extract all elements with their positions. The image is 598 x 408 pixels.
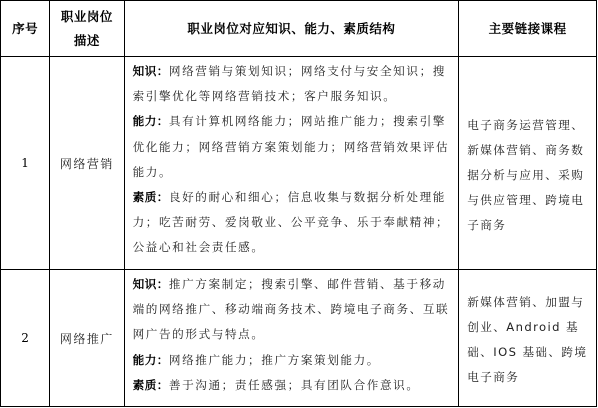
table-row: 2 网络推广 知识：推广方案制定；搜索引擎、邮件营销、基于移动端的网络推广、移动…	[1, 270, 597, 407]
knowledge-paragraph: 知识：网络营销与策划知识；网络支付与安全知识；搜索引擎优化等网络营销技术；客户服…	[133, 59, 453, 109]
ability-paragraph: 能力：网络推广能力；推广方案策划能力。	[133, 348, 453, 373]
header-position-description: 职业岗位 描述	[50, 1, 124, 57]
ability-label: 能力：	[133, 353, 169, 367]
ability-text: 具有计算机网络能力；网站推广能力；搜索引擎优化能力；网络营销方案策划能力；网络营…	[133, 114, 450, 178]
knowledge-paragraph: 知识：推广方案制定；搜索引擎、邮件营销、基于移动端的网络推广、移动端商务技术、跨…	[133, 272, 453, 348]
row-serial-number: 2	[1, 270, 50, 407]
row-position: 网络营销	[50, 57, 124, 270]
knowledge-label: 知识：	[133, 277, 169, 291]
quality-label: 素质：	[133, 378, 169, 392]
table-row: 1 网络营销 知识：网络营销与策划知识；网络支付与安全知识；搜索引擎优化等网络营…	[1, 57, 597, 270]
knowledge-text: 推广方案制定；搜索引擎、邮件营销、基于移动端的网络推广、移动端商务技术、跨境电子…	[133, 277, 450, 341]
row-position: 网络推广	[50, 270, 124, 407]
row-courses: 新媒体营销、加盟与创业、Android 基础、IOS 基础、跨境电子商务	[459, 270, 597, 407]
ability-paragraph: 能力：具有计算机网络能力；网站推广能力；搜索引擎优化能力；网络营销方案策划能力；…	[133, 109, 453, 185]
ability-label: 能力：	[133, 114, 169, 128]
row-serial-number: 1	[1, 57, 50, 270]
knowledge-label: 知识：	[133, 64, 169, 78]
header-desc-line1: 职业岗位	[50, 5, 123, 29]
table-header-row: 序号 职业岗位 描述 职业岗位对应知识、能力、素质结构 主要链接课程	[1, 1, 597, 57]
quality-label: 素质：	[133, 190, 169, 204]
quality-text: 善于沟通；责任感强；具有团队合作意识。	[169, 378, 420, 392]
quality-paragraph: 素质：良好的耐心和细心；信息收集与数据分析处理能力；吃苦耐劳、爱岗敬业、公平竞争…	[133, 185, 453, 261]
row-structure: 知识：网络营销与策划知识；网络支付与安全知识；搜索引擎优化等网络营销技术；客户服…	[124, 57, 459, 270]
header-courses: 主要链接课程	[459, 1, 597, 57]
header-desc-line2: 描述	[50, 29, 123, 53]
header-structure: 职业岗位对应知识、能力、素质结构	[124, 1, 459, 57]
row-structure: 知识：推广方案制定；搜索引擎、邮件营销、基于移动端的网络推广、移动端商务技术、跨…	[124, 270, 459, 407]
quality-text: 良好的耐心和细心；信息收集与数据分析处理能力；吃苦耐劳、爱岗敬业、公平竞争、乐于…	[133, 190, 450, 254]
knowledge-text: 网络营销与策划知识；网络支付与安全知识；搜索引擎优化等网络营销技术；客户服务知识…	[133, 64, 446, 103]
row-courses: 电子商务运营管理、新媒体营销、商务数据分析与应用、采购与供应管理、跨境电子商务	[459, 57, 597, 270]
ability-text: 网络推广能力；推广方案策划能力。	[169, 353, 380, 367]
header-serial-number: 序号	[1, 1, 50, 57]
curriculum-table: 序号 职业岗位 描述 职业岗位对应知识、能力、素质结构 主要链接课程 1 网络营…	[0, 0, 597, 407]
quality-paragraph: 素质：善于沟通；责任感强；具有团队合作意识。	[133, 373, 453, 398]
